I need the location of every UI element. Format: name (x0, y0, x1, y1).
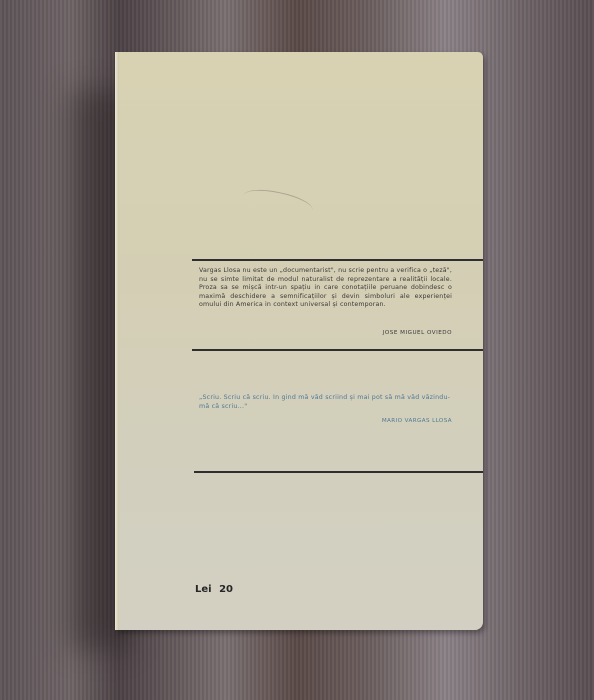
quote-author: MARIO VARGAS LLOSA (382, 418, 452, 424)
book-back-cover: Vargas Llosa nu este un „documentarist",… (115, 52, 483, 630)
bottom-rule (194, 471, 483, 473)
price-label: Lei 20 (195, 584, 233, 595)
top-rule (192, 259, 483, 261)
review-author: JOSE MIGUEL OVIEDO (383, 330, 452, 336)
pencil-mark (242, 185, 315, 220)
review-text: Vargas Llosa nu este un „documentarist",… (199, 267, 452, 310)
book-edge (115, 52, 119, 630)
middle-rule (192, 349, 483, 351)
quote-text: „Scriu. Scriu că scriu. In gind mă văd s… (199, 393, 452, 411)
